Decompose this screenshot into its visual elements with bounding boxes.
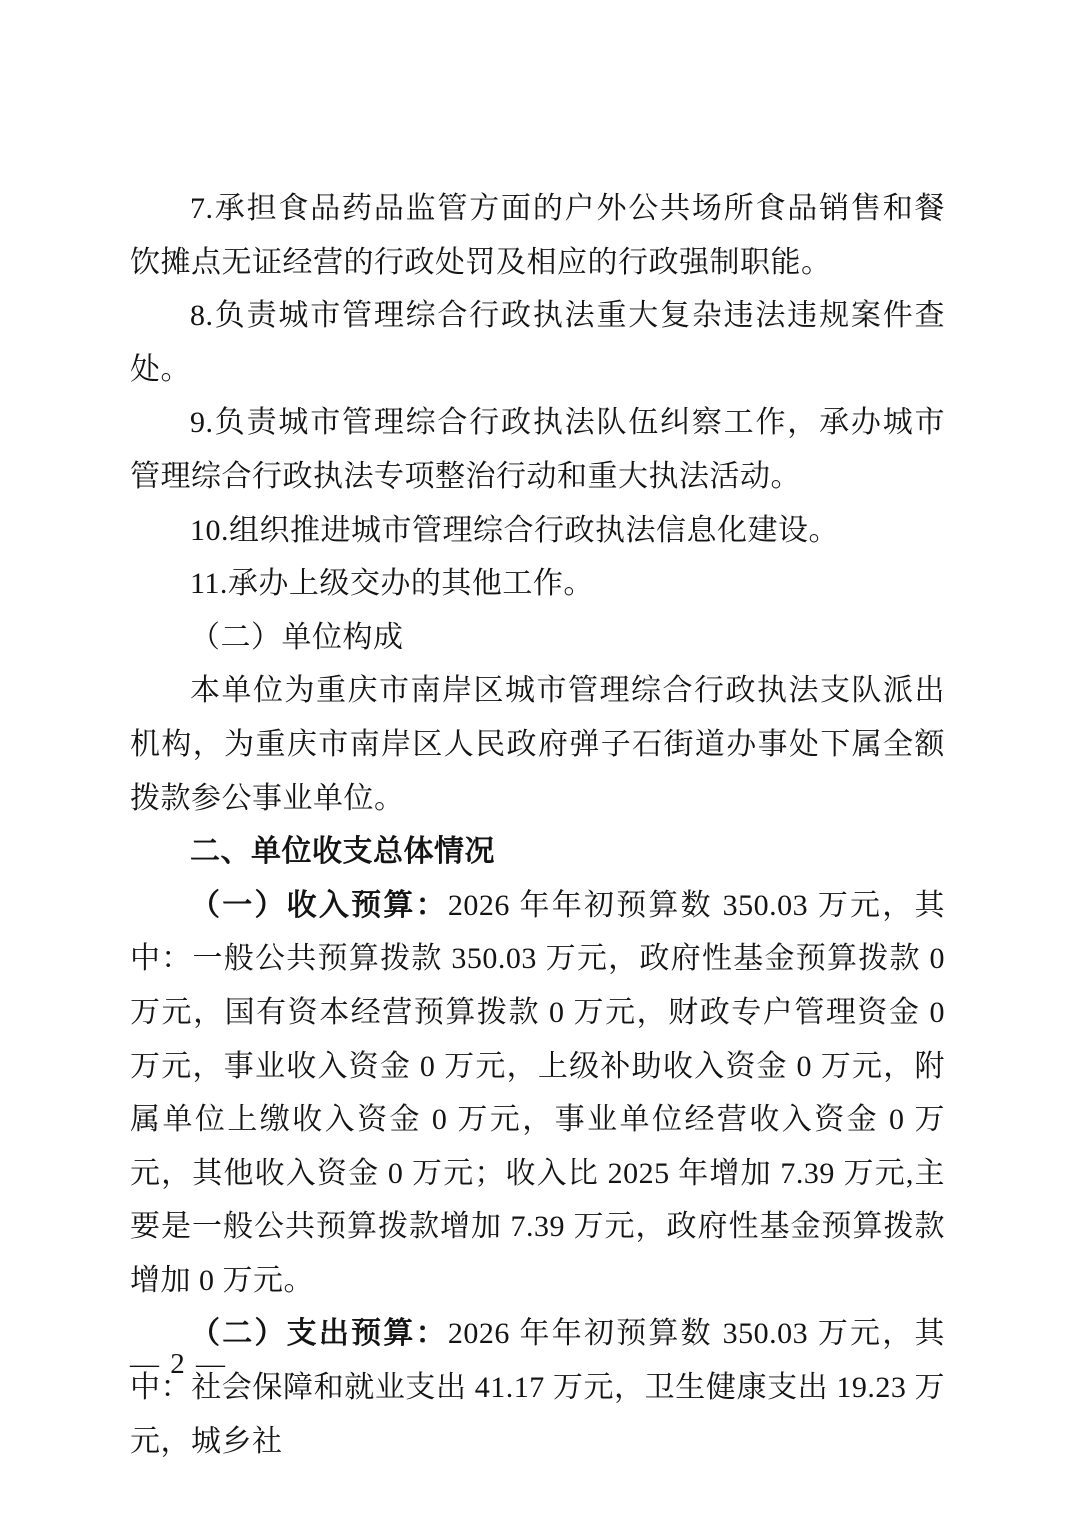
paragraph-duty-8: 8.负责城市管理综合行政执法重大复杂违法违规案件查处。 xyxy=(130,289,945,396)
paragraph-expenditure-budget: （二）支出预算：2026 年年初预算数 350.03 万元，其中：社会保障和就业… xyxy=(130,1307,945,1468)
paragraph-duty-9: 9.负责城市管理综合行政执法队伍纠察工作，承办城市管理综合行政执法专项整治行动和… xyxy=(130,396,945,503)
income-budget-text: 2026 年年初预算数 350.03 万元，其中：一般公共预算拨款 350.03… xyxy=(130,889,945,1297)
paragraph-duty-11: 11.承办上级交办的其他工作。 xyxy=(130,557,945,611)
paragraph-unit-composition: 本单位为重庆市南岸区城市管理综合行政执法支队派出机构，为重庆市南岸区人民政府弹子… xyxy=(130,664,945,825)
expenditure-budget-lead: （二）支出预算： xyxy=(190,1317,448,1350)
paragraph-income-budget: （一）收入预算：2026 年年初预算数 350.03 万元，其中：一般公共预算拨… xyxy=(130,879,945,1308)
section-heading-budget-overview: 二、单位收支总体情况 xyxy=(130,825,945,879)
income-budget-lead: （一）收入预算： xyxy=(190,889,448,922)
paragraph-duty-7: 7.承担食品药品监管方面的户外公共场所食品销售和餐饮摊点无证经营的行政处罚及相应… xyxy=(130,182,945,289)
document-body: 7.承担食品药品监管方面的户外公共场所食品销售和餐饮摊点无证经营的行政处罚及相应… xyxy=(130,182,945,1468)
document-page: 7.承担食品药品监管方面的户外公共场所食品销售和餐饮摊点无证经营的行政处罚及相应… xyxy=(0,0,1074,1520)
paragraph-duty-10: 10.组织推进城市管理综合行政执法信息化建设。 xyxy=(130,504,945,558)
page-number: — 2 — xyxy=(130,1344,227,1384)
subheading-unit-composition: （二）单位构成 xyxy=(130,611,945,665)
